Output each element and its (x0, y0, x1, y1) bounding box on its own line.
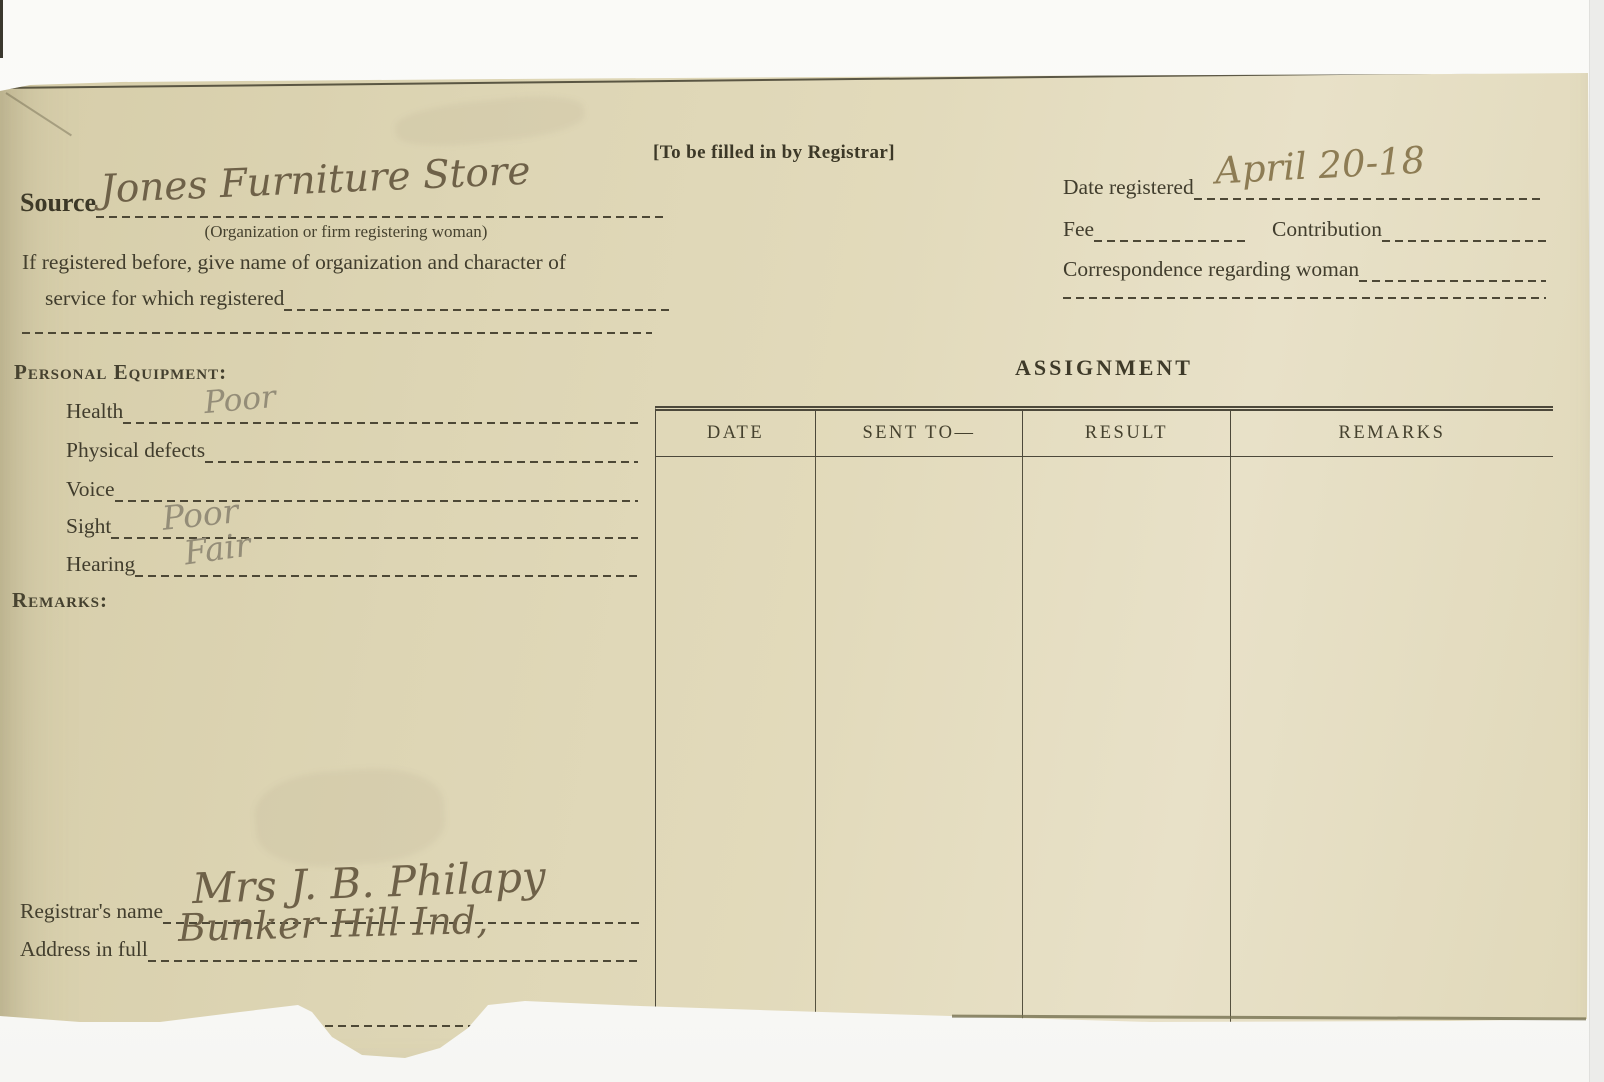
column-header-sent-to: SENT TO— (816, 411, 1023, 456)
registered-before-fill-line (284, 285, 670, 311)
voice-label: Voice (66, 477, 115, 502)
health-fill-line (123, 398, 638, 424)
assignment-table: DATE SENT TO— RESULT REMARKS (655, 406, 1553, 1022)
registered-before-line1: If registered before, give name of organ… (22, 250, 566, 275)
contribution-fill-line (1382, 212, 1546, 242)
remarks-title: Remarks: (12, 588, 108, 613)
fee-fill-line (1094, 212, 1246, 242)
physical-defects-label: Physical defects (66, 438, 205, 463)
personal-equipment-title: Personal Equipment: (14, 360, 227, 385)
column-header-date: DATE (656, 411, 816, 456)
blank-dashed-line (1063, 296, 1546, 299)
column-header-remarks: REMARKS (1231, 411, 1553, 456)
registrar-name-label: Registrar's name (20, 899, 163, 924)
hearing-fill-line (135, 551, 638, 577)
scan-corner-artifact (0, 0, 3, 58)
date-registered-label: Date registered (1063, 175, 1194, 200)
ink-ghost-smudge (393, 90, 586, 152)
date-registered-fill-line (1194, 168, 1541, 200)
torn-bottom-dashed-line (208, 1024, 656, 1027)
address-fill-line (148, 928, 642, 962)
blank-dashed-line (22, 331, 652, 334)
source-fill-line (96, 184, 668, 218)
table-column-result (1023, 457, 1231, 1022)
field-row-sight: Sight Poor (66, 513, 638, 539)
hearing-label: Hearing (66, 552, 135, 577)
assignment-table-header: DATE SENT TO— RESULT REMARKS (656, 411, 1553, 457)
scanner-background: [To be filled in by Registrar] Source Jo… (0, 0, 1604, 1082)
column-header-result: RESULT (1023, 411, 1231, 456)
field-row-date-registered: Date registered April 20-18 (1063, 168, 1541, 200)
card-corner-crease (5, 92, 72, 136)
contribution-label: Contribution (1272, 217, 1382, 242)
scanner-edge-strip (1589, 0, 1604, 1082)
assignment-title: ASSIGNMENT (655, 355, 1553, 381)
field-row-physical-defects: Physical defects (66, 437, 638, 463)
field-row-correspondence: Correspondence regarding woman (1063, 252, 1546, 282)
table-column-date (656, 457, 816, 1022)
physical-defects-fill-line (205, 437, 638, 463)
registrar-name-fill-line (163, 888, 642, 924)
voice-fill-line (115, 476, 638, 502)
field-row-hearing: Hearing Fair (66, 551, 638, 577)
fee-label: Fee (1063, 217, 1094, 242)
field-row-registrar-name: Registrar's name Mrs J. B. Philapy (20, 888, 642, 924)
registered-before-line2: service for which registered (45, 286, 284, 311)
source-caption: (Organization or firm registering woman) (150, 222, 542, 242)
source-label: Source (20, 188, 96, 218)
field-row-address: Address in full Bunker Hill Ind, (20, 928, 642, 962)
correspondence-fill-line (1359, 252, 1546, 282)
assignment-table-body (656, 457, 1553, 1022)
address-label: Address in full (20, 937, 148, 962)
card-top-edge (0, 70, 1588, 89)
table-column-sent-to (816, 457, 1023, 1022)
field-row-health: Health Poor (66, 398, 638, 424)
health-label: Health (66, 399, 123, 424)
field-row-voice: Voice (66, 476, 638, 502)
registration-card: [To be filled in by Registrar] Source Jo… (0, 0, 1604, 1082)
sight-label: Sight (66, 514, 111, 539)
ink-ghost-smudge (252, 763, 448, 871)
registrar-note: [To be filled in by Registrar] (618, 142, 930, 164)
field-row-fee-contribution: Fee Contribution (1063, 212, 1546, 242)
correspondence-label: Correspondence regarding woman (1063, 257, 1359, 282)
table-column-remarks (1231, 457, 1553, 1022)
sight-fill-line (111, 513, 638, 539)
